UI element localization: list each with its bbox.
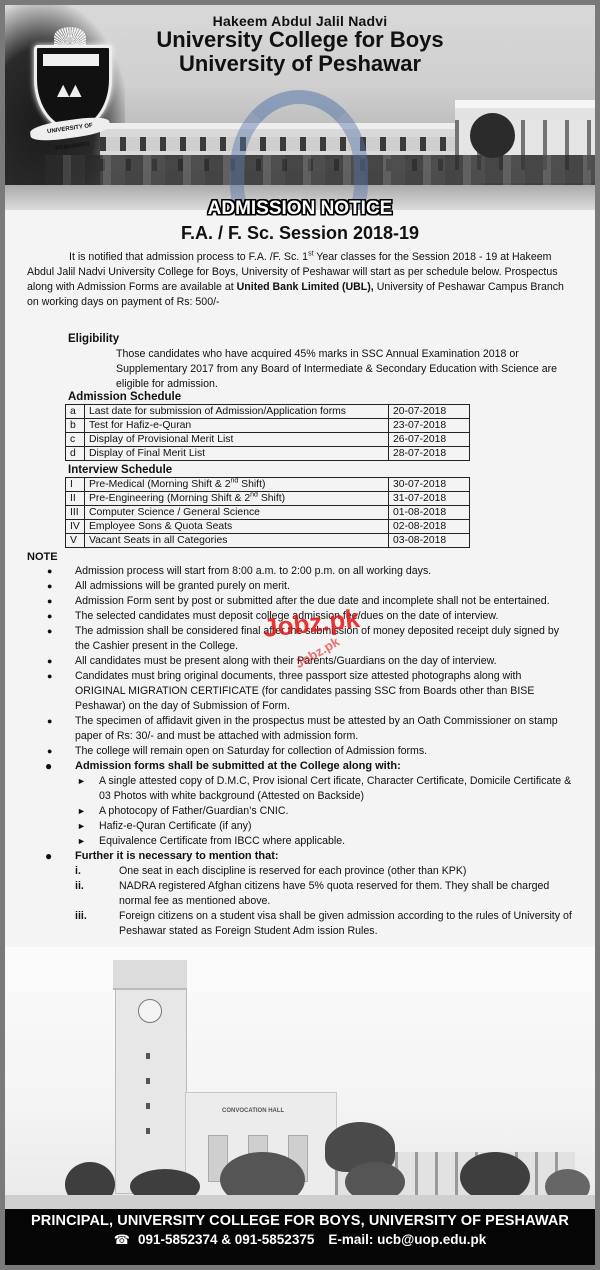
row-index: IV — [66, 520, 85, 534]
row-date: 02-08-2018 — [389, 520, 470, 534]
clock-icon — [138, 999, 162, 1023]
documents-list: ►A single attested copy of D.M.C, Prov i… — [75, 774, 573, 849]
phone-icon: ☎ — [114, 1233, 130, 1248]
note-item: ●All candidates must be present along wi… — [43, 654, 573, 669]
bullet-icon: ● — [45, 849, 52, 864]
header-campus-photo: ▲▲ UNIVERSITY OF PESHAWAR Hakeem Abdul J… — [5, 5, 595, 210]
note-heading: NOTE — [27, 550, 58, 565]
row-item: Display of Provisional Merit List — [85, 433, 389, 447]
row-item: Vacant Seats in all Categories — [85, 534, 389, 548]
row-index: d — [66, 447, 85, 461]
eligibility-heading: Eligibility — [68, 332, 568, 347]
row-item: Test for Hafiz-e-Quran — [85, 419, 389, 433]
mountain-icon: ▲▲ — [57, 80, 82, 99]
table-row: IIPre-Engineering (Morning Shift & 2nd S… — [66, 492, 470, 506]
row-date: 01-08-2018 — [389, 506, 470, 520]
row-item: Computer Science / General Science — [85, 506, 389, 520]
row-index: II — [66, 492, 85, 506]
bullet-icon: ● — [47, 564, 52, 579]
row-index: III — [66, 506, 85, 520]
bullet-icon: ● — [45, 759, 52, 774]
documents-heading: Admission forms shall be submitted at th… — [75, 760, 401, 772]
further-item: i.One seat in each discipline is reserve… — [75, 864, 573, 879]
row-item: Employee Sons & Quota Seats — [85, 520, 389, 534]
note-item: ●The college will remain open on Saturda… — [43, 744, 573, 759]
roman-numeral: iii. — [75, 909, 87, 924]
document-item: ►A photocopy of Father/Guardian’s CNIC. — [75, 804, 573, 819]
watermark-logo-icon — [230, 90, 368, 210]
row-index: I — [66, 478, 85, 492]
row-date: 03-08-2018 — [389, 534, 470, 548]
interview-schedule-heading: Interview Schedule — [68, 463, 172, 478]
further-list: i.One seat in each discipline is reserve… — [75, 864, 573, 939]
bullet-icon: ● — [47, 654, 52, 669]
row-date: 23-07-2018 — [389, 419, 470, 433]
bullet-icon: ● — [47, 609, 52, 624]
row-date: 30-07-2018 — [389, 478, 470, 492]
row-item: Last date for submission of Admission/Ap… — [85, 405, 389, 419]
note-item: ●Candidates must bring original document… — [43, 669, 573, 714]
table-row: IPre-Medical (Morning Shift & 2nd Shift)… — [66, 478, 470, 492]
table-row: IVEmployee Sons & Quota Seats02-08-2018 — [66, 520, 470, 534]
further-item: iii.Foreign citizens on a student visa s… — [75, 909, 573, 939]
row-item: Pre-Medical (Morning Shift & 2nd Shift) — [85, 478, 389, 492]
admission-schedule-heading: Admission Schedule — [68, 390, 181, 405]
bullet-icon: ● — [47, 714, 52, 729]
document-item: ►Hafiz-e-Quran Certificate (if any) — [75, 819, 573, 834]
table-row: cDisplay of Provisional Merit List26-07-… — [66, 433, 470, 447]
bank-name: United Bank Limited (UBL), — [237, 281, 374, 293]
table-row: VVacant Seats in all Categories03-08-201… — [66, 534, 470, 548]
table-row: bTest for Hafiz-e-Quran23-07-2018 — [66, 419, 470, 433]
bullet-icon: ● — [47, 744, 52, 759]
document-item: ►A single attested copy of D.M.C, Prov i… — [75, 774, 573, 804]
roman-numeral: ii. — [75, 879, 84, 894]
bullet-icon: ● — [47, 579, 52, 594]
roman-numeral: i. — [75, 864, 81, 879]
arrow-right-icon: ► — [77, 804, 86, 819]
row-item: Pre-Engineering (Morning Shift & 2nd Shi… — [85, 492, 389, 506]
row-index: a — [66, 405, 85, 419]
row-item: Display of Final Merit List — [85, 447, 389, 461]
notice-body: It is notified that admission process to… — [5, 250, 595, 310]
footer-contact: PRINCIPAL, UNIVERSITY COLLEGE FOR BOYS, … — [5, 1209, 595, 1265]
note-item: ●Admission process will start from 8:00 … — [43, 564, 573, 579]
admission-schedule-table: aLast date for submission of Admission/A… — [65, 404, 470, 461]
footer-email[interactable]: E-mail: ucb@uop.edu.pk — [328, 1232, 486, 1247]
session-title: F.A. / F. Sc. Session 2018-19 — [5, 223, 595, 244]
further-item: ii.NADRA registered Afghan citizens have… — [75, 879, 573, 909]
arrow-right-icon: ► — [77, 819, 86, 834]
notice-page: ▲▲ UNIVERSITY OF PESHAWAR Hakeem Abdul J… — [5, 5, 595, 1265]
building-sign: CONVOCATION HALL — [222, 1108, 284, 1114]
footer-phones: 091-5852374 & 091-5852375 — [138, 1232, 314, 1247]
note-item: ●The selected candidates must deposit co… — [43, 609, 573, 624]
documents-section: ●Admission forms shall be submitted at t… — [43, 759, 573, 849]
interview-schedule-table: IPre-Medical (Morning Shift & 2nd Shift)… — [65, 477, 470, 548]
row-index: V — [66, 534, 85, 548]
row-date: 28-07-2018 — [389, 447, 470, 461]
eligibility-section: Eligibility Those candidates who have ac… — [68, 332, 568, 392]
table-row: aLast date for submission of Admission/A… — [66, 405, 470, 419]
crest-ribbon: UNIVERSITY OF PESHAWAR — [29, 115, 111, 144]
bullet-icon: ● — [47, 669, 52, 684]
further-heading: Further it is necessary to mention that: — [75, 850, 279, 862]
notes-list: ●Admission process will start from 8:00 … — [43, 564, 573, 939]
row-date: 20-07-2018 — [389, 405, 470, 419]
convocation-hall-photo: CONVOCATION HALL — [5, 947, 595, 1209]
table-row: dDisplay of Final Merit List28-07-2018 — [66, 447, 470, 461]
intro-paragraph: It is notified that admission process to… — [27, 250, 573, 310]
ground-image — [5, 1195, 595, 1209]
row-index: c — [66, 433, 85, 447]
row-date: 31-07-2018 — [389, 492, 470, 506]
tree-image — [470, 113, 515, 158]
document-item: ►Equivalence Certificate from IBCC where… — [75, 834, 573, 849]
note-item: ●All admissions will be granted purely o… — [43, 579, 573, 594]
arrow-right-icon: ► — [77, 774, 86, 789]
further-section: ●Further it is necessary to mention that… — [43, 849, 573, 939]
footer-principal: PRINCIPAL, UNIVERSITY COLLEGE FOR BOYS, … — [5, 1213, 595, 1229]
note-item: ●Admission Form sent by post or submitte… — [43, 594, 573, 609]
bullet-icon: ● — [47, 594, 52, 609]
arrow-right-icon: ► — [77, 834, 86, 849]
bullet-icon: ● — [47, 624, 52, 639]
college-name: University College for Boys — [5, 28, 595, 52]
note-item: ●The specimen of affidavit given in the … — [43, 714, 573, 744]
notice-title: ADMISSION NOTICE — [5, 198, 595, 220]
university-name: University of Peshawar — [5, 52, 595, 76]
table-row: IIIComputer Science / General Science01-… — [66, 506, 470, 520]
clock-tower-image — [115, 962, 187, 1194]
note-item: ●The admission shall be considered final… — [43, 624, 573, 654]
row-date: 26-07-2018 — [389, 433, 470, 447]
row-index: b — [66, 419, 85, 433]
eligibility-text: Those candidates who have acquired 45% m… — [116, 347, 568, 392]
